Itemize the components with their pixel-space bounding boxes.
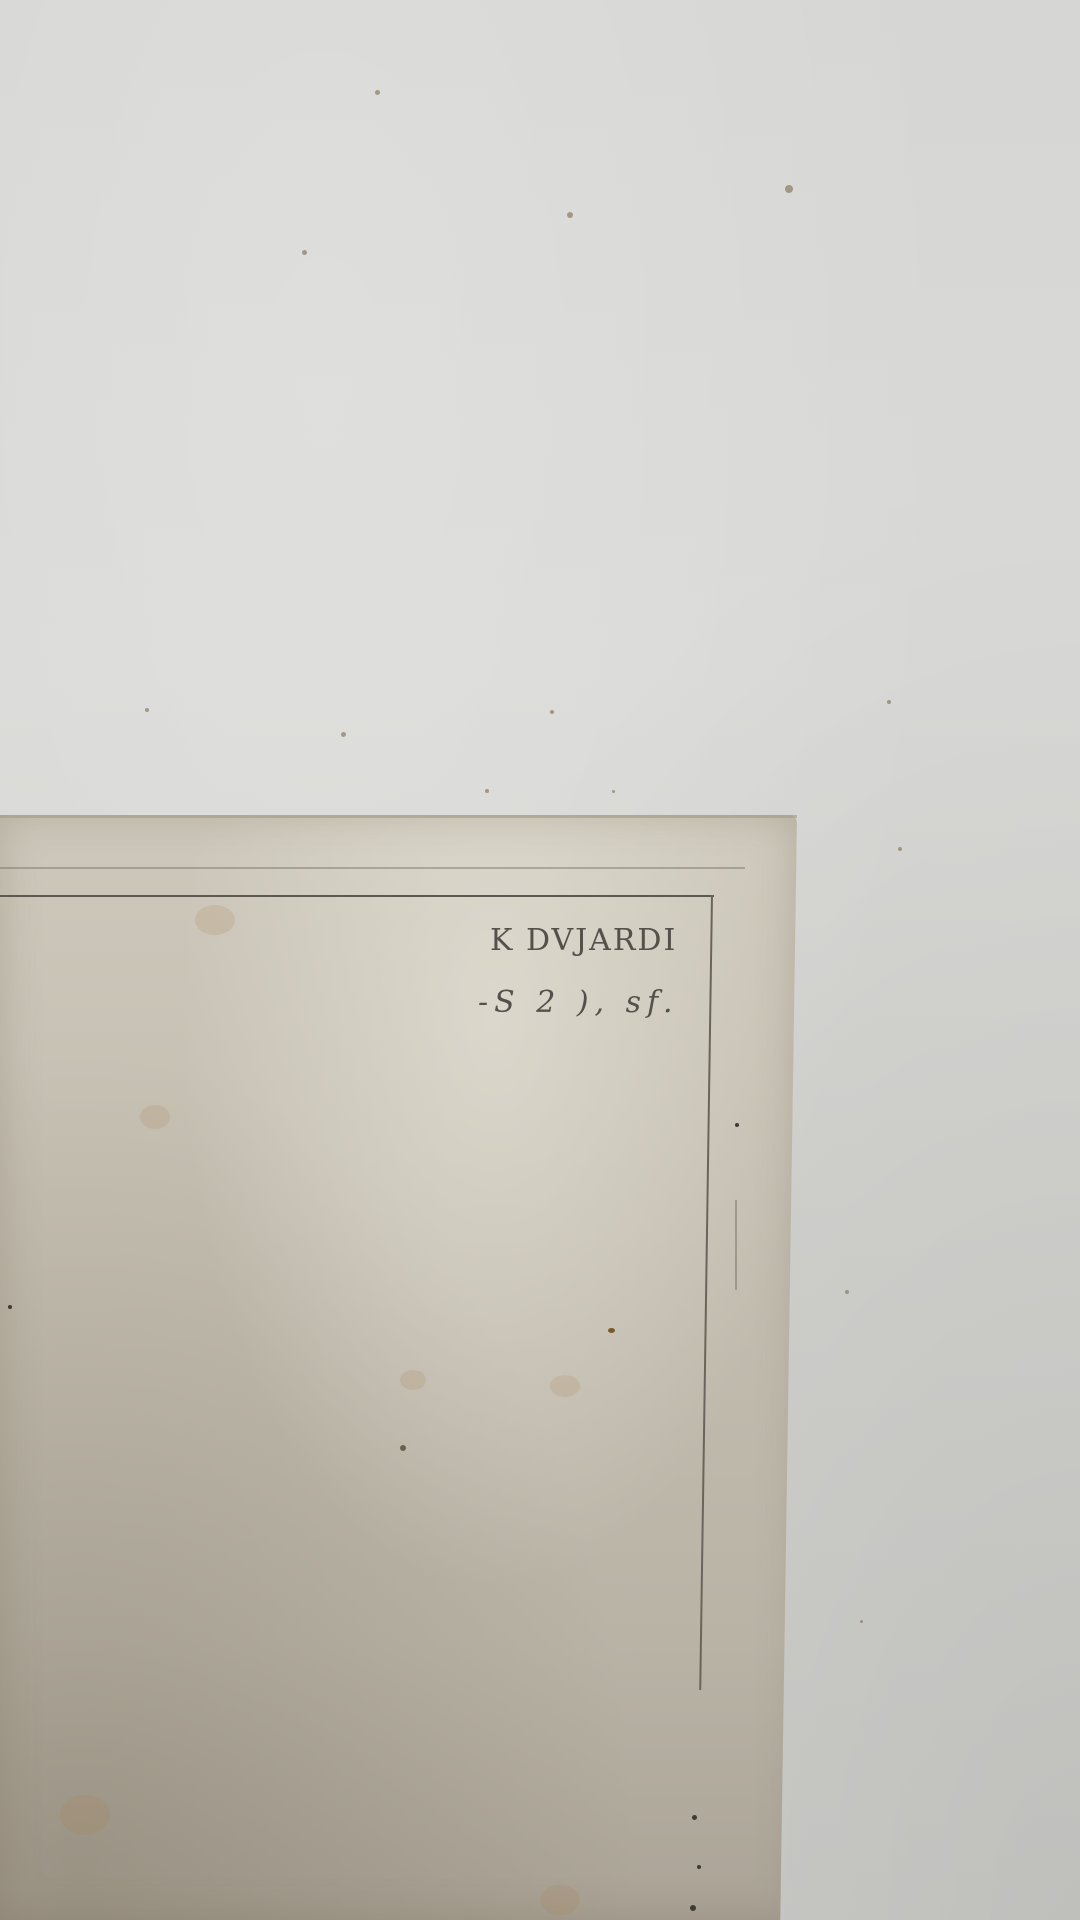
background-speck <box>145 708 149 712</box>
background-speck <box>898 847 902 851</box>
foxing-stain <box>400 1370 426 1390</box>
engraver-signature: K DVJARDI <box>490 923 677 958</box>
background-speck <box>485 789 489 793</box>
foxing-stain <box>195 905 235 935</box>
plate-mark-line <box>0 867 745 869</box>
background-speck <box>550 710 554 714</box>
foxing-stain <box>550 1375 580 1397</box>
background-speck <box>341 732 346 737</box>
paper-speck <box>608 1328 615 1333</box>
foxing-stain <box>60 1795 110 1835</box>
paper-speck <box>8 1305 12 1309</box>
engraver-annotation: -S 2 ), sf. <box>478 985 679 1020</box>
foxing-stain <box>140 1105 170 1129</box>
background-speck <box>887 700 891 704</box>
background-speck <box>612 790 615 793</box>
plate-mark-line <box>735 1200 737 1290</box>
antique-print-paper: K DVJARDI -S 2 ), sf. <box>0 815 797 1920</box>
paper-speck <box>690 1905 696 1911</box>
background-speck <box>860 1620 863 1623</box>
paper-speck <box>692 1815 697 1820</box>
paper-speck <box>735 1123 739 1127</box>
background-speck <box>845 1290 849 1294</box>
paper-speck <box>697 1865 701 1869</box>
background-speck <box>375 90 380 95</box>
foxing-stain <box>540 1885 580 1915</box>
background-speck <box>567 212 573 218</box>
background-speck <box>785 185 793 193</box>
engraved-border-top <box>0 895 714 897</box>
engraved-border-right <box>699 895 713 1690</box>
background-speck <box>302 250 307 255</box>
paper-edge <box>0 815 797 818</box>
paper-speck <box>400 1445 406 1451</box>
